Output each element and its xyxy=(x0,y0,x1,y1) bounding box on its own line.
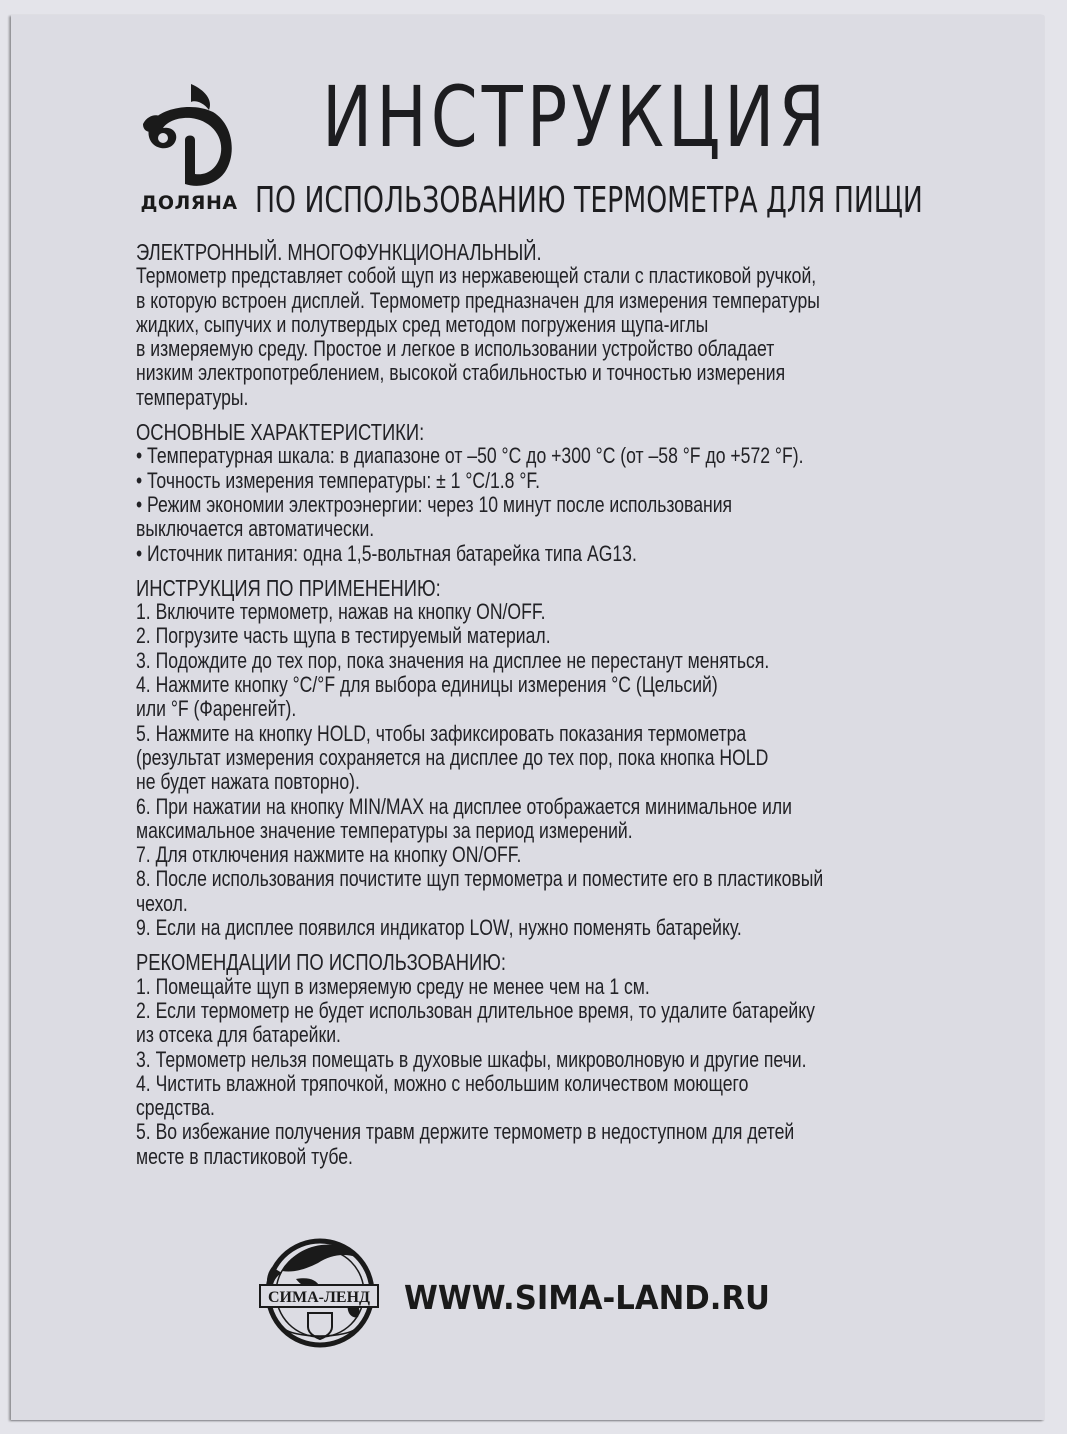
intro-line: жидких, сыпучих и полутвердых сред метод… xyxy=(136,313,1016,337)
intro-line: в которую встроен дисплей. Термометр пре… xyxy=(136,289,1016,313)
list-item: 3. Термометр нельзя помещать в духовые ш… xyxy=(136,1048,1016,1072)
intro-line: низким электропотреблением, высокой стаб… xyxy=(136,361,1016,385)
list-item: 6. При нажатии на кнопку MIN/MAX на дисп… xyxy=(136,795,1016,844)
usage-section: ИНСТРУКЦИЯ ПО ПРИМЕНЕНИЮ: 1. Включите те… xyxy=(136,576,1016,940)
list-item: 8. После использования почистите щуп тер… xyxy=(136,867,1016,916)
list-item-line: чехол. xyxy=(155,892,1016,916)
usage-heading: ИНСТРУКЦИЯ ПО ПРИМЕНЕНИЮ: xyxy=(136,576,1016,600)
list-item: • Источник питания: одна 1,5-вольтная ба… xyxy=(136,542,1016,566)
document-body: ЭЛЕКТРОННЫЙ. МНОГОФУНКЦИОНАЛЬНЫЙ. Термом… xyxy=(136,240,1016,1179)
list-item-line: выключается автоматически. xyxy=(149,517,1016,541)
list-item: 2. Погрузите часть щупа в тестируемый ма… xyxy=(136,624,1016,648)
recommendations-section: РЕКОМЕНДАЦИИ ПО ИСПОЛЬЗОВАНИЮ: 1. Помеща… xyxy=(136,950,1016,1169)
list-item: 4. Чистить влажной тряпочкой, можно с не… xyxy=(136,1072,1016,1121)
list-item-line: или °F (Фаренгейт). xyxy=(155,697,1016,721)
list-item-line: средства. xyxy=(155,1096,1016,1120)
list-item-line: 1. Помещайте щуп в измеряемую среду не м… xyxy=(155,975,1016,999)
list-item-line: 7. Для отключения нажмите на кнопку ON/O… xyxy=(155,843,1016,867)
intro-heading: ЭЛЕКТРОННЫЙ. МНОГОФУНКЦИОНАЛЬНЫЙ. xyxy=(136,240,1016,264)
recommendations-list: 1. Помещайте щуп в измеряемую среду не м… xyxy=(136,975,1016,1169)
list-item-line: 6. При нажатии на кнопку MIN/MAX на дисп… xyxy=(155,795,1016,819)
list-item: 9. Если на дисплее появился индикатор LO… xyxy=(136,916,1016,940)
list-item-line: • Температурная шкала: в диапазоне от –5… xyxy=(149,444,1016,468)
brand-name: ДОЛЯНА xyxy=(133,192,245,214)
list-item-line: • Режим экономии электроэнергии: через 1… xyxy=(149,493,1016,517)
list-item-line: из отсека для батарейки. xyxy=(155,1023,1016,1047)
intro-line: Термометр представляет собой щуп из нерж… xyxy=(136,264,1016,288)
intro-line: температуры. xyxy=(136,386,1016,410)
list-item: • Температурная шкала: в диапазоне от –5… xyxy=(136,444,1016,468)
list-item-line: • Источник питания: одна 1,5-вольтная ба… xyxy=(149,542,1016,566)
list-item: 2. Если термометр не будет использован д… xyxy=(136,999,1016,1048)
page-subtitle: ПО ИСПОЛЬЗОВАНИЮ ТЕРМОМЕТРА ДЛЯ ПИЩИ xyxy=(255,180,923,221)
list-item: 3. Подождите до тех пор, пока значения н… xyxy=(136,649,1016,673)
page-title: ИНСТРУКЦИЯ xyxy=(322,68,829,166)
list-item-line: 3. Термометр нельзя помещать в духовые ш… xyxy=(155,1048,1016,1072)
seal-text: СИМА-ЛЕНД xyxy=(268,1289,370,1306)
list-item-line: 2. Если термометр не будет использован д… xyxy=(155,999,1016,1023)
list-item-line: (результат измерения сохраняется на дисп… xyxy=(155,746,1016,770)
list-item: 5. Во избежание получения травм держите … xyxy=(136,1120,1016,1169)
list-item-line: максимальное значение температуры за пер… xyxy=(155,819,1016,843)
list-item-line: не будет нажата повторно). xyxy=(155,770,1016,794)
list-item-line: месте в пластиковой тубе. xyxy=(155,1145,1016,1169)
dolyana-swirl-icon xyxy=(133,80,245,190)
website-link[interactable]: WWW.SIMA-LAND.RU xyxy=(404,1278,770,1317)
usage-list: 1. Включите термометр, нажав на кнопку O… xyxy=(136,600,1016,940)
list-item-line: 8. После использования почистите щуп тер… xyxy=(155,867,1016,891)
intro-paragraph: Термометр представляет собой щуп из нерж… xyxy=(136,264,1016,410)
specs-list: • Температурная шкала: в диапазоне от –5… xyxy=(136,444,1016,565)
list-item-line: 4. Чистить влажной тряпочкой, можно с не… xyxy=(155,1072,1016,1096)
list-item: 4. Нажмите кнопку °C/°F для выбора едини… xyxy=(136,673,1016,722)
list-item-line: 5. Во избежание получения травм держите … xyxy=(155,1120,1016,1144)
sima-land-seal-icon: СИМА-ЛЕНД xyxy=(252,1227,384,1353)
list-item: 7. Для отключения нажмите на кнопку ON/O… xyxy=(136,843,1016,867)
list-item: 1. Включите термометр, нажав на кнопку O… xyxy=(136,600,1016,624)
sima-land-seal: СИМА-ЛЕНД xyxy=(252,1227,384,1353)
brand-logo: ДОЛЯНА xyxy=(133,80,245,220)
list-item-line: 2. Погрузите часть щупа в тестируемый ма… xyxy=(155,624,1016,648)
list-item-line: 9. Если на дисплее появился индикатор LO… xyxy=(155,916,1016,940)
list-item-line: 3. Подождите до тех пор, пока значения н… xyxy=(155,649,1016,673)
recommendations-heading: РЕКОМЕНДАЦИИ ПО ИСПОЛЬЗОВАНИЮ: xyxy=(136,950,1016,974)
list-item: • Точность измерения температуры: ± 1 °C… xyxy=(136,469,1016,493)
list-item-line: 5. Нажмите на кнопку HOLD, чтобы зафикси… xyxy=(155,722,1016,746)
list-item-line: • Точность измерения температуры: ± 1 °C… xyxy=(149,469,1016,493)
list-item: 1. Помещайте щуп в измеряемую среду не м… xyxy=(136,975,1016,999)
list-item-line: 4. Нажмите кнопку °C/°F для выбора едини… xyxy=(155,673,1016,697)
list-item-line: 1. Включите термометр, нажав на кнопку O… xyxy=(155,600,1016,624)
list-item: • Режим экономии электроэнергии: через 1… xyxy=(136,493,1016,542)
specs-heading: ОСНОВНЫЕ ХАРАКТЕРИСТИКИ: xyxy=(136,420,1016,444)
specs-section: ОСНОВНЫЕ ХАРАКТЕРИСТИКИ: • Температурная… xyxy=(136,420,1016,566)
intro-line: в измеряемую среду. Простое и легкое в и… xyxy=(136,337,1016,361)
intro-section: ЭЛЕКТРОННЫЙ. МНОГОФУНКЦИОНАЛЬНЫЙ. Термом… xyxy=(136,240,1016,410)
list-item: 5. Нажмите на кнопку HOLD, чтобы зафикси… xyxy=(136,722,1016,795)
